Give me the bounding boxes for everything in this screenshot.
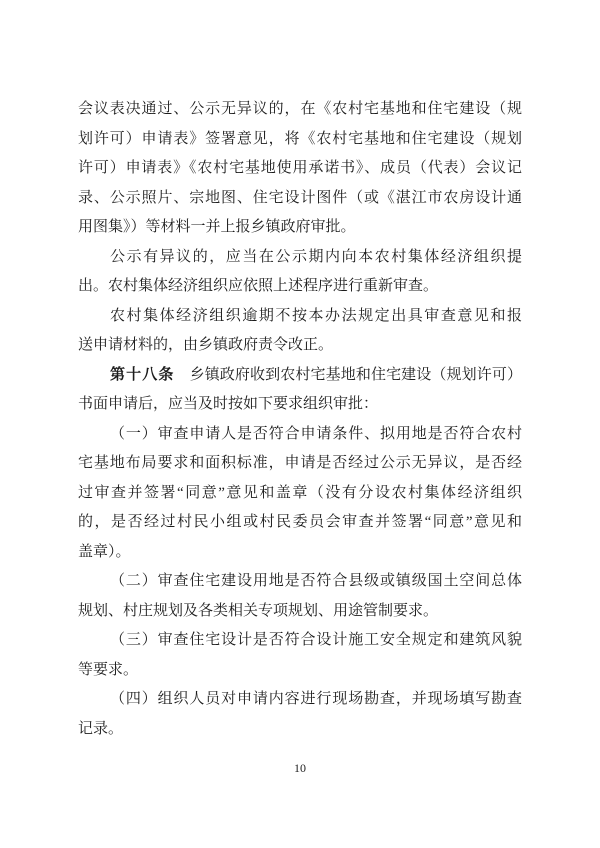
text-line: 等要求。: [78, 656, 522, 686]
article-number-bold: 第十八条: [110, 367, 174, 383]
text-line: 用图集》）等材料一并上报乡镇政府审批。: [78, 213, 522, 243]
text-line: 记录。: [78, 715, 522, 745]
text-line: 公示有异议的，应当在公示期内向本农村集体经济组织提: [78, 243, 522, 273]
text-line: 许可）申请表》《农村宅基地使用承诺书》、成员（代表）会议记: [78, 154, 522, 184]
text-line: （二）审查住宅建设用地是否符合县级或镇级国土空间总体: [78, 567, 522, 597]
text-line: （三）审查住宅设计是否符合设计施工安全规定和建筑风貌: [78, 626, 522, 656]
text-line: 书面申请后，应当及时按如下要求组织审批：: [78, 390, 522, 420]
text-line: 第十八条 乡镇政府收到农村宅基地和住宅建设（规划许可）: [78, 361, 522, 391]
text-line: 划许可）申请表》签署意见，将《农村宅基地和住宅建设（规划: [78, 125, 522, 155]
text-line: 宅基地布局要求和面积标准，申请是否经过公示无异议，是否经: [78, 449, 522, 479]
document-body: 会议表决通过、公示无异议的，在《农村宅基地和住宅建设（规划许可）申请表》签署意见…: [78, 95, 522, 744]
text-line: 录、公示照片、宗地图、住宅设计图件（或《湛江市农房设计通: [78, 184, 522, 214]
text-line: 过审查并签署“同意”意见和盖章（没有分设农村集体经济组织: [78, 479, 522, 509]
page-number: 10: [0, 761, 600, 776]
document-page: 会议表决通过、公示无异议的，在《农村宅基地和住宅建设（规划许可）申请表》签署意见…: [0, 0, 600, 848]
text-line: 会议表决通过、公示无异议的，在《农村宅基地和住宅建设（规: [78, 95, 522, 125]
text-line: 盖章）。: [78, 538, 522, 568]
text-line: （一）审查申请人是否符合申请条件、拟用地是否符合农村: [78, 420, 522, 450]
text-line: （四）组织人员对申请内容进行现场勘查，并现场填写勘查: [78, 685, 522, 715]
text-line: 的，是否经过村民小组或村民委员会审查并签署“同意”意见和: [78, 508, 522, 538]
text-line: 规划、村庄规划及各类相关专项规划、用途管制要求。: [78, 597, 522, 627]
text-line: 农村集体经济组织逾期不按本办法规定出具审查意见和报: [78, 302, 522, 332]
text-line: 送申请材料的，由乡镇政府责令改正。: [78, 331, 522, 361]
text-line: 出。农村集体经济组织应依照上述程序进行重新审查。: [78, 272, 522, 302]
